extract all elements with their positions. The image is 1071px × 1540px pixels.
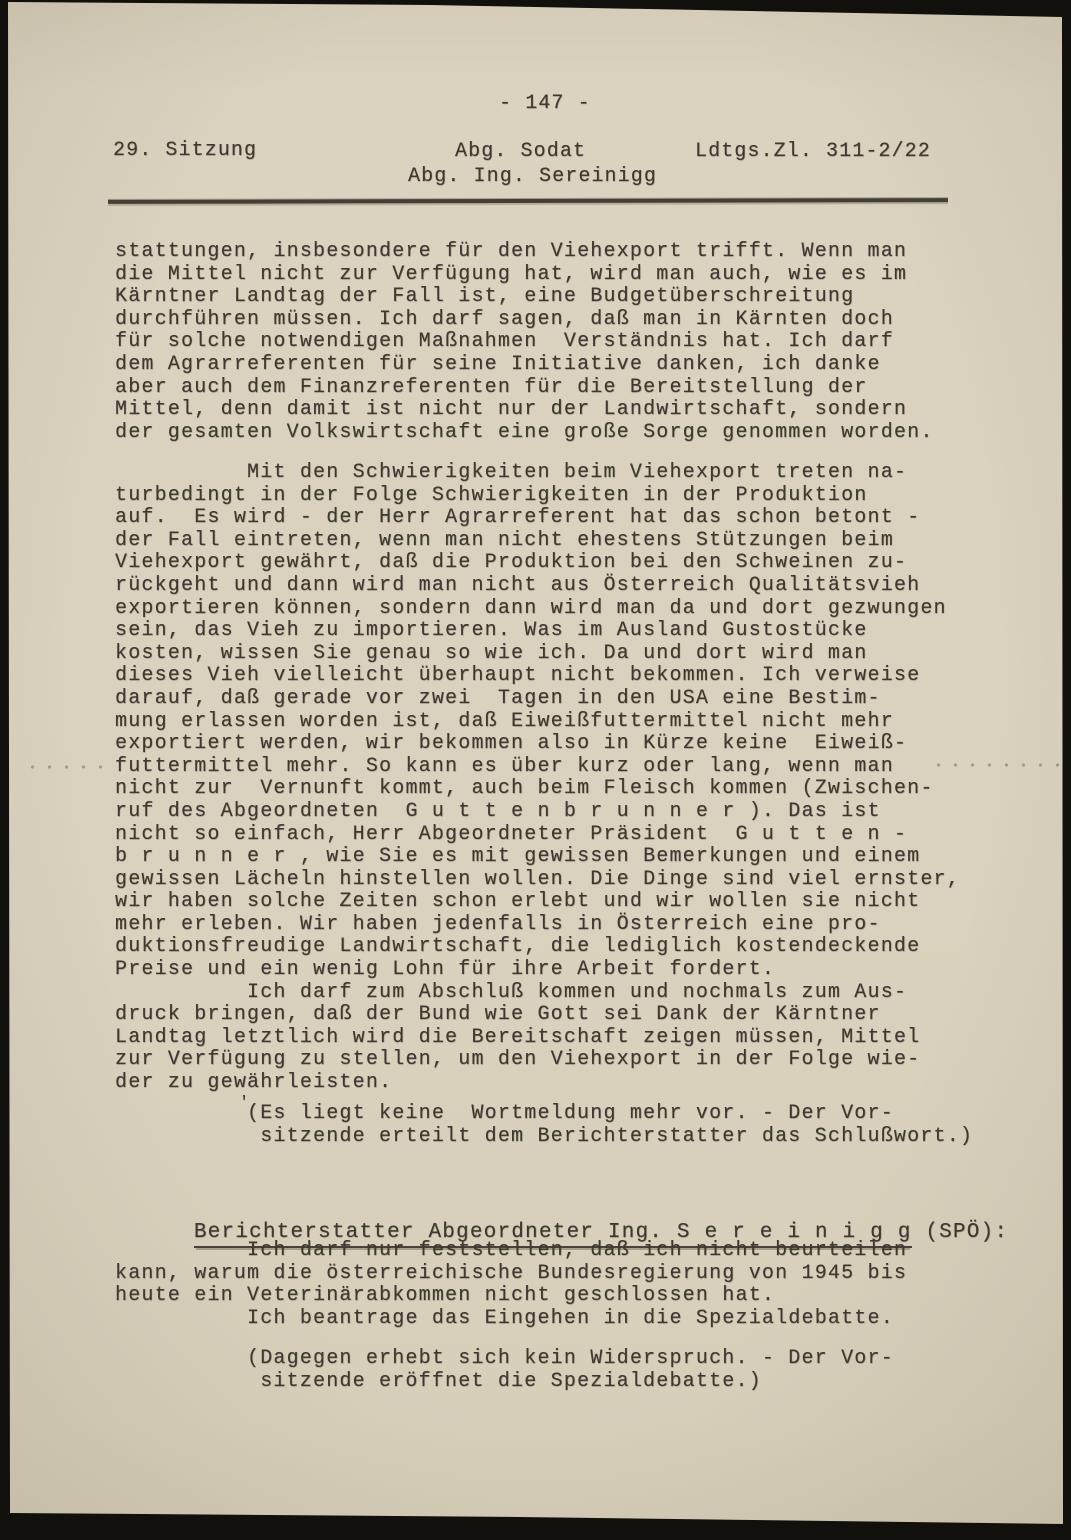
scan-artifact-dots-left	[24, 762, 114, 772]
stage-direction-1: (Es liegt keine Wortmeldung mehr vor. - …	[247, 1103, 973, 1148]
scan-background: - 147 - 29. Sitzung Abg. Sodat Ldtgs.Zl.…	[0, 0, 1071, 1540]
stage-direction-2: (Dagegen erhebt sich kein Widerspruch. -…	[247, 1348, 894, 1393]
reporter-heading-party: (SPÖ):	[912, 1221, 1009, 1244]
speech-paragraph-3: Ich darf zum Abschluß kommen und nochmal…	[115, 982, 960, 1095]
scanned-page: - 147 - 29. Sitzung Abg. Sodat Ldtgs.Zl.…	[0, 0, 1071, 1540]
speech-paragraph-1: stattungen, insbesondere für den Viehexp…	[115, 241, 934, 444]
speech-paragraph-4: Ich darf nur feststellen, daß ich nicht …	[115, 1240, 907, 1330]
scan-artifact-dots-right	[930, 760, 1060, 770]
header-rule	[108, 198, 948, 204]
session-label: 29. Sitzung	[113, 139, 257, 162]
speaker-name-2: Abg. Ing. Sereinigg	[408, 165, 657, 188]
speech-paragraph-2: Mit den Schwierigkeiten beim Viehexport …	[115, 462, 960, 982]
speech-body: Mit den Schwierigkeiten beim Viehexport …	[115, 462, 960, 1095]
document-reference: Ldtgs.Zl. 311-2/22	[695, 140, 931, 163]
speaker-name-1: Abg. Sodat	[455, 140, 586, 163]
page-number: - 147 -	[499, 92, 591, 115]
